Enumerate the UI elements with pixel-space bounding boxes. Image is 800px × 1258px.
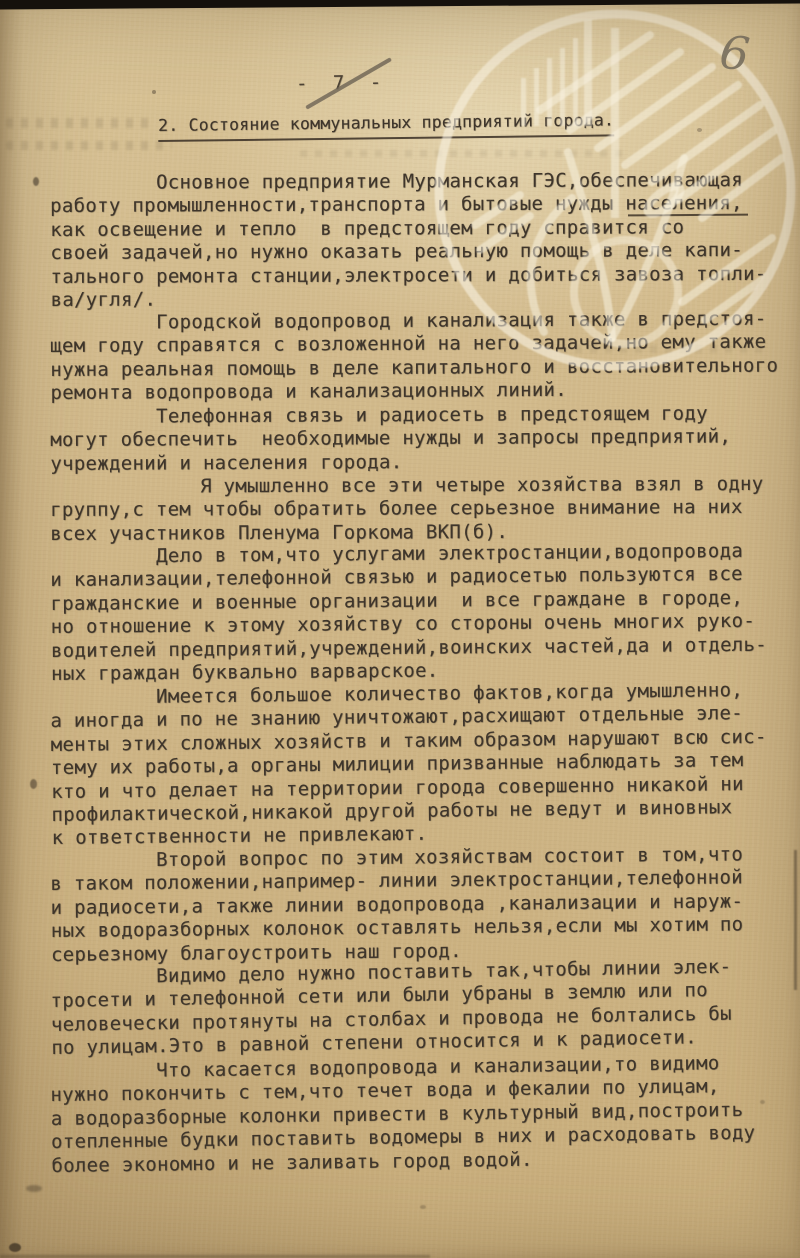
ink-smudge bbox=[26, 1185, 42, 1192]
text-line: своей задачей,но нужно оказать реальную … bbox=[50, 239, 800, 266]
text-line: группу,с тем чтобы обратить более серьез… bbox=[50, 496, 800, 523]
text-line: Я умышленно все эти четыре хозяйства взя… bbox=[50, 473, 800, 500]
text-line: Основное предприятие Мурманская ГЭС,обес… bbox=[50, 169, 800, 196]
ink-speck bbox=[9, 1243, 21, 1252]
bleed-through-text bbox=[6, 118, 156, 128]
paragraph: Имеется большое количество фактов,когда … bbox=[50, 678, 800, 850]
scanned-document-page: 6 - 7 - 2. Состояние коммунальных предпр… bbox=[0, 0, 800, 1258]
document-body: Основное предприятие Мурманская ГЭС,обес… bbox=[50, 172, 800, 1178]
ink-speck bbox=[420, 1205, 426, 1209]
paragraph: Видимо дело нужно поставить так,чтобы ли… bbox=[50, 955, 800, 1061]
ink-speck bbox=[33, 177, 39, 186]
bleed-through-text bbox=[6, 141, 172, 150]
typed-page-number: - 7 - bbox=[296, 71, 389, 95]
paragraph: Телефонная связь и радиосеть в предстоящ… bbox=[50, 402, 800, 476]
paragraph: Городской водопровод и канализация также… bbox=[50, 308, 800, 406]
ink-speck bbox=[30, 779, 37, 789]
text-line: учреждений и населения города. bbox=[50, 449, 800, 476]
text-line: могут обеспечить необходимые нужды и зап… bbox=[50, 425, 800, 452]
paragraph: Я умышленно все эти четыре хозяйства взя… bbox=[50, 473, 800, 546]
paragraph: Второй вопрос по этим хозяйствам состоит… bbox=[50, 843, 800, 967]
section-heading: 2. Состояние коммунальных предприятий го… bbox=[158, 110, 614, 142]
paragraph: Дело в том,что услугами электростанции,в… bbox=[50, 540, 800, 687]
ink-speck bbox=[152, 90, 156, 94]
ink-speck bbox=[697, 128, 702, 132]
text-line: тального ремонта станции,электросети и д… bbox=[50, 262, 800, 289]
handwritten-folio-number: 6 bbox=[717, 24, 753, 81]
scan-edge-top bbox=[0, 0, 800, 10]
paragraph: Что касается водопровода и канализации,т… bbox=[50, 1051, 800, 1178]
scan-edge-left-shadow bbox=[0, 0, 24, 1258]
ink-speck bbox=[760, 1100, 765, 1104]
scan-edge-right-mark bbox=[794, 850, 797, 990]
bleed-through-text bbox=[300, 150, 630, 157]
paragraph: Основное предприятие Мурманская ГЭС,обес… bbox=[50, 169, 800, 313]
text-line: как освещение и тепло в предстоящем году… bbox=[50, 215, 800, 242]
